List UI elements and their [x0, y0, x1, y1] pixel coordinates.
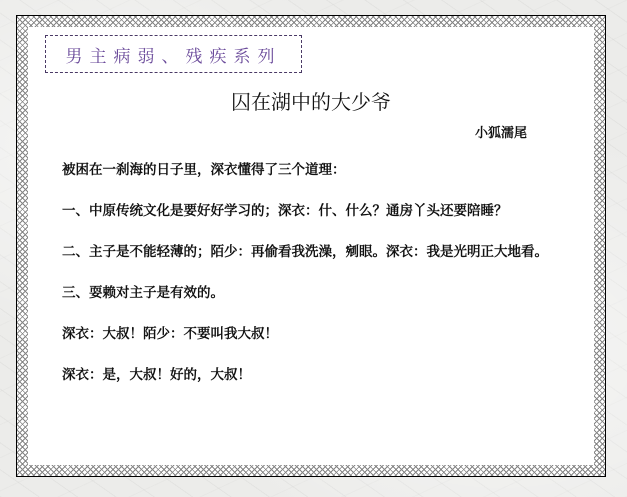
- synopsis-paragraph: 被困在一刹海的日子里，深衣懂得了三个道理：: [62, 160, 582, 181]
- synopsis-paragraph: 二、主子是不能轻薄的；陌少：再偷看我洗澡，剜眼。深衣：我是光明正大地看。: [62, 242, 582, 263]
- decorative-frame: 男主病弱、残疾系列 囚在湖中的大少爷 小狐濡尾 被困在一刹海的日子里，深衣懂得了…: [16, 15, 606, 477]
- synopsis: 被困在一刹海的日子里，深衣懂得了三个道理： 一、中原传统文化是要好好学习的；深衣…: [62, 160, 582, 406]
- synopsis-paragraph: 三、耍赖对主子是有效的。: [62, 283, 582, 304]
- author-name: 小狐濡尾: [475, 122, 527, 141]
- synopsis-paragraph: 深衣：大叔！陌少：不要叫我大叔！: [62, 324, 582, 345]
- synopsis-paragraph: 一、中原传统文化是要好好学习的；深衣：什、什么？通房丫头还要陪睡？: [62, 201, 582, 222]
- content-panel: 男主病弱、残疾系列 囚在湖中的大少爷 小狐濡尾 被困在一刹海的日子里，深衣懂得了…: [28, 27, 594, 465]
- book-title: 囚在湖中的大少爷: [28, 86, 594, 115]
- series-label: 男主病弱、残疾系列: [66, 42, 282, 67]
- series-label-box: 男主病弱、残疾系列: [45, 35, 302, 73]
- synopsis-paragraph: 深衣：是，大叔！好的，大叔！: [62, 365, 582, 386]
